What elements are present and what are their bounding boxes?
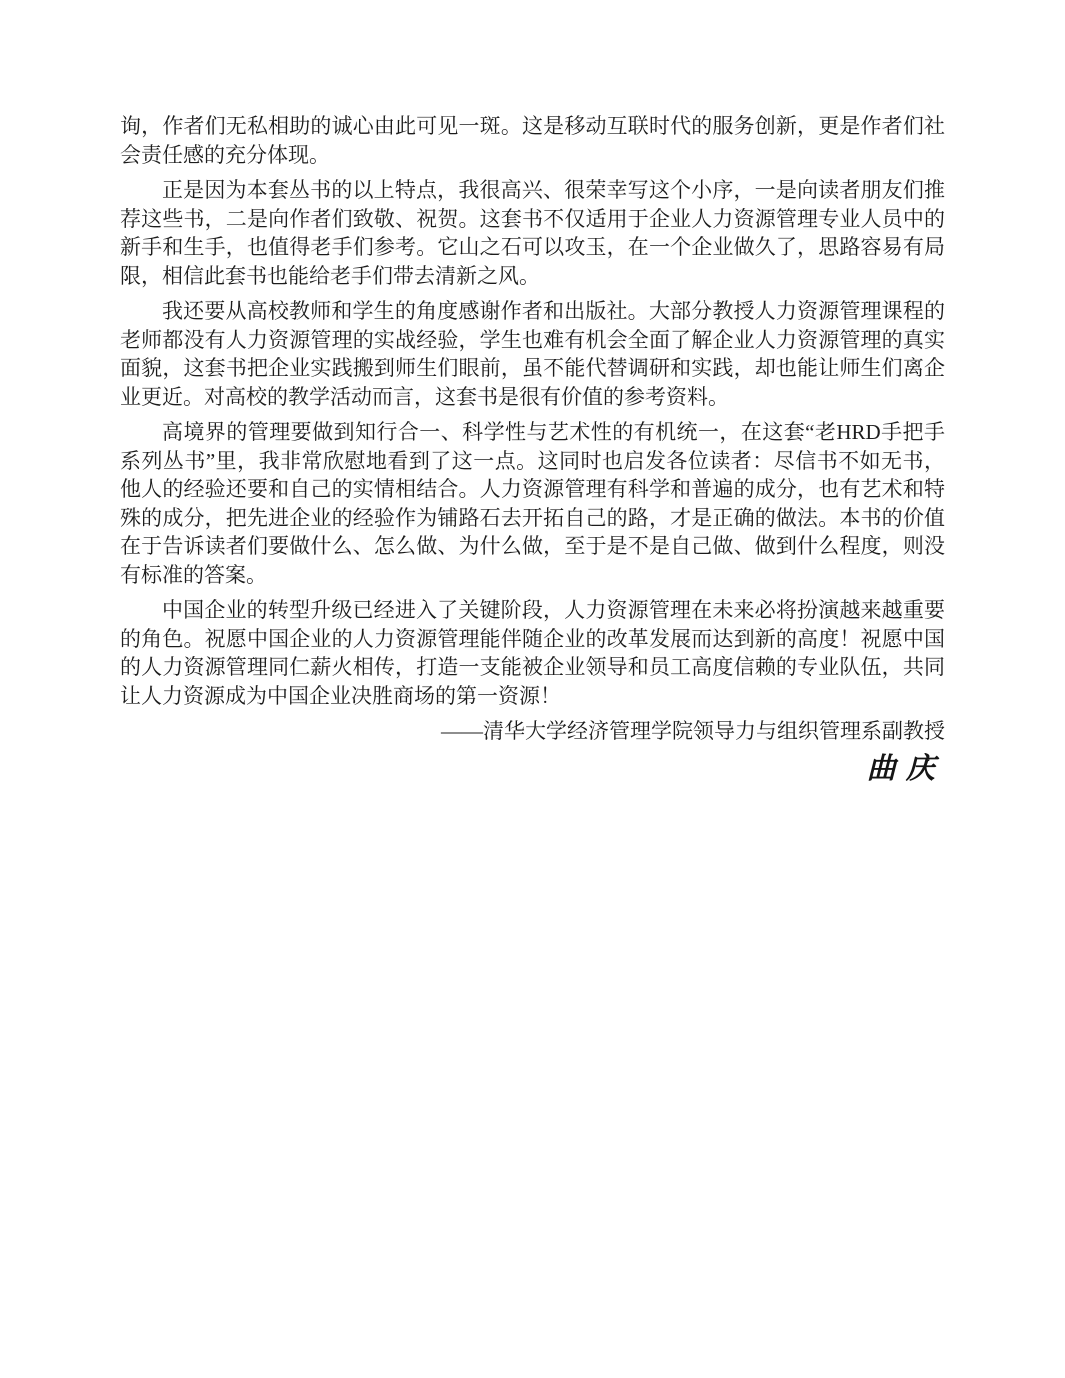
paragraph-3: 我还要从高校教师和学生的角度感谢作者和出版社。大部分教授人力资源管理课程的老师都…: [120, 297, 945, 411]
preface-text-block: 询，作者们无私相助的诚心由此可见一斑。这是移动互联时代的服务创新，更是作者们社会…: [120, 112, 945, 786]
paragraph-1: 询，作者们无私相助的诚心由此可见一斑。这是移动互联时代的服务创新，更是作者们社会…: [120, 112, 945, 169]
paragraph-4: 高境界的管理要做到知行合一、科学性与艺术性的有机统一，在这套“老HRD手把手系列…: [120, 418, 945, 589]
attribution-line: ——清华大学经济管理学院领导力与组织管理系副教授: [120, 717, 945, 746]
paragraph-2: 正是因为本套丛书的以上特点，我很高兴、很荣幸写这个小序，一是向读者朋友们推荐这些…: [120, 176, 945, 290]
document-page: 询，作者们无私相助的诚心由此可见一斑。这是移动互联时代的服务创新，更是作者们社会…: [0, 0, 1065, 1378]
paragraph-5: 中国企业的转型升级已经进入了关键阶段，人力资源管理在未来必将扮演越来越重要的角色…: [120, 596, 945, 710]
author-signature: 曲庆: [120, 752, 945, 786]
